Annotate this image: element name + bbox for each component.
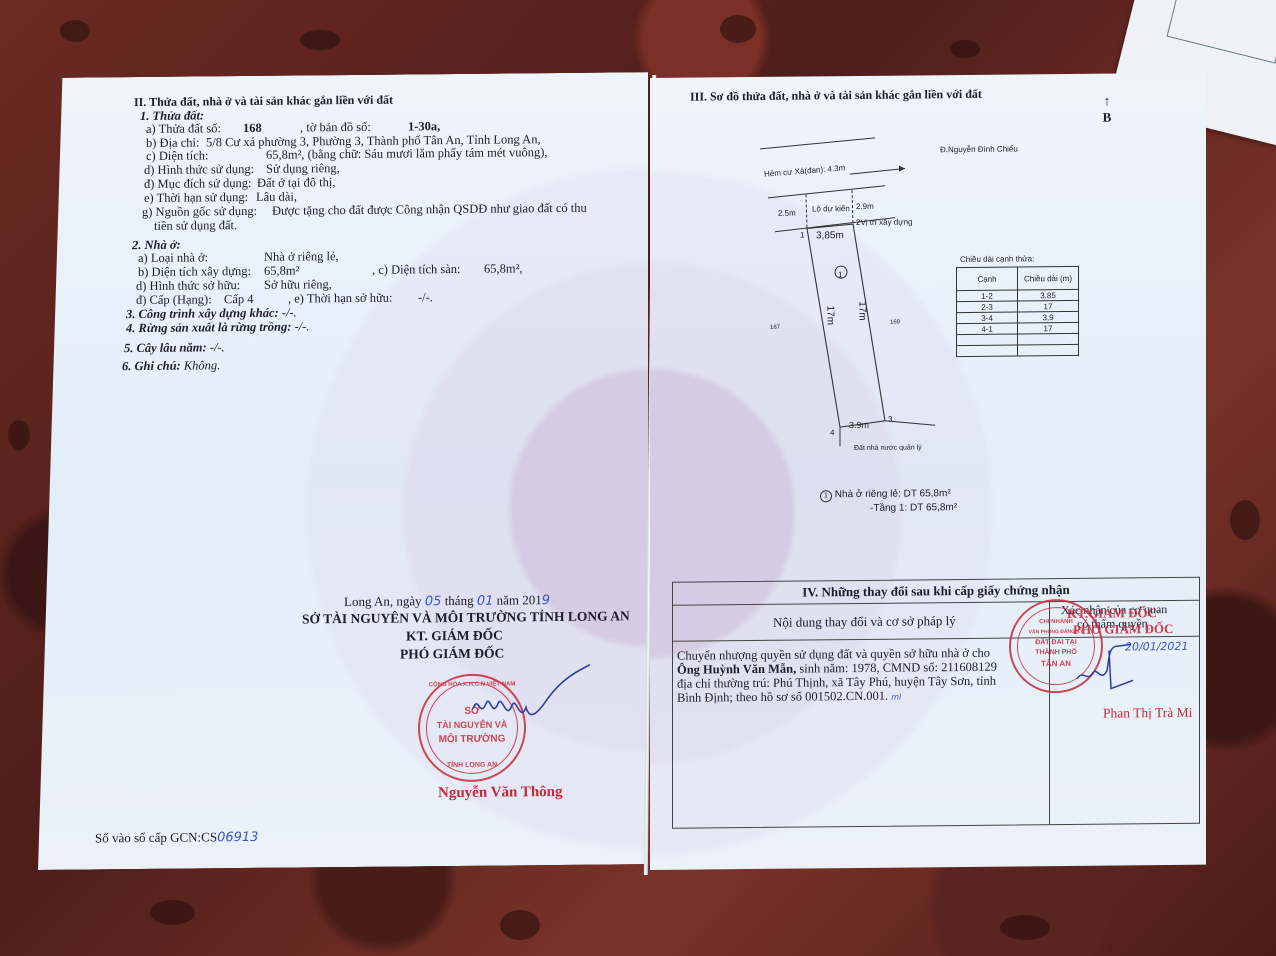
granite-speck (150, 900, 195, 925)
floor-area-value: 65,8m², (484, 261, 522, 275)
bottom-land-note: Đất nhà nước quản lý (854, 441, 922, 456)
house-type-value: Nhà ở riêng lẻ, (264, 249, 339, 264)
edge-name: 2-3 (957, 301, 1018, 313)
usage-purpose-label: đ) Mục đích sử dụng: (144, 176, 251, 191)
parcel-diagram: Đ.Nguyễn Đình Chiểu Hẻm cư Xá(đan): 4.3m… (650, 73, 1206, 598)
right-side-length: 17m (855, 301, 869, 321)
edge-length: 3,85 (1018, 289, 1079, 301)
origin-label: g) Nguồn gốc sử dụng: (142, 204, 257, 219)
granite-speck (500, 910, 540, 940)
signer-name-left: Nguyễn Văn Thông (438, 785, 563, 800)
legend-line-1: 1 Nhà ở riêng lẻ: DT 65,8m² (820, 487, 951, 502)
planned-lot-label: Lộ dự kiến (812, 202, 850, 216)
edge-length (1018, 333, 1079, 345)
usage-form-value: Sử dụng riêng, (266, 161, 340, 176)
year-digit-handwritten: 9 (542, 593, 550, 608)
area-label: c) Diện tích: (146, 148, 208, 163)
right-parcel-number: 169 (890, 316, 900, 330)
table-header-row: Cạnh Chiều dài (m) (957, 266, 1079, 290)
granite-speck (300, 30, 340, 50)
street-label: Đ.Nguyễn Đình Chiểu (940, 142, 1018, 157)
other-item: 5. Cây lâu năm: -/-. (124, 340, 225, 355)
left-side-length: 17m (823, 305, 837, 325)
signer-name-right: Phan Thị Trà Mi (1103, 706, 1192, 721)
change-entry-line4: Bình Định; theo hồ sơ số 001502.CN.001. … (677, 689, 901, 707)
origin-value-cont: tiền sử dụng đất. (154, 218, 237, 233)
section-title: II. Thửa đất, nhà ở và tài sản khác gắn … (134, 93, 393, 109)
build-area-value: 65,8m² (264, 263, 299, 277)
table-header: Chiều dài (m) (1018, 266, 1079, 290)
vertex-label-3: 3 (888, 413, 892, 427)
other-item-label: 4. Rừng sản xuất là rừng trồng: (126, 320, 291, 336)
initials-handwritten: ml (891, 693, 901, 702)
ownership-label: d) Hình thức sở hữu: (136, 278, 240, 293)
legend-text: Nhà ở riêng lẻ: DT 65,8m² (835, 488, 951, 500)
map-sheet-number: 1-30a, (408, 119, 440, 133)
signer-title-2: PHÓ GIÁM ĐỐC (400, 647, 504, 662)
place-date-prefix: Long An, ngày (344, 593, 422, 609)
table-row (957, 344, 1079, 356)
other-item-value: -/-. (295, 319, 310, 333)
granite-speck (1000, 915, 1050, 940)
legend-line-2: -Tầng 1: DT 65,8m² (870, 501, 957, 516)
col1-header: Nội dung thay đổi và cơ sở pháp lý (773, 614, 956, 630)
usage-purpose-value: Đất ở tại đô thị, (257, 175, 335, 190)
other-item-label: 6. Ghi chú: (122, 359, 181, 374)
edge-length: 17 (1018, 322, 1079, 334)
left-parcel-number: 167 (770, 321, 780, 335)
certificate-left-page: II. Thửa đất, nhà ở và tài sản khác gắn … (38, 72, 648, 870)
vertex-label-1: 1 (800, 229, 804, 243)
usage-term-value: Lâu dài, (256, 190, 297, 204)
signature-right (1073, 638, 1153, 699)
house-type-label: a) Loại nhà ở: (138, 250, 208, 265)
right-setback-label: 2.9m (856, 200, 874, 214)
top-width-label: 3,85m (816, 229, 844, 243)
place-date: Long An, ngày 05 tháng 01 năm 2019 (344, 593, 550, 610)
granite-speck (8, 420, 30, 450)
month-handwritten: 01 (477, 594, 494, 609)
change-entry-line3: địa chỉ thường trú: Phú Thịnh, xã Tây Ph… (677, 674, 996, 691)
vertex-label-4: 4 (830, 426, 834, 440)
usage-term-label: e) Thời hạn sử dụng: (144, 190, 248, 205)
other-item: 6. Ghi chú: Không. (122, 358, 220, 373)
edge-name: 1-2 (957, 290, 1018, 302)
other-item-label: 3. Công trình xây dựng khác: (126, 306, 279, 321)
registry-number: Số vào sổ cấp GCN:CS06913 (95, 830, 258, 847)
ownership-term-value: -/-. (418, 290, 433, 304)
grade-value: Cấp 4 (224, 292, 254, 306)
origin-value: Được tặng cho đất được Công nhận QSDĐ nh… (272, 201, 587, 218)
area-value: 65,8m², (bằng chữ: Sáu mươi lăm phẩy tám… (266, 145, 548, 162)
parcel-diagram-svg (650, 73, 1206, 528)
stamp-bottom-text: TỈNH LONG AN (420, 761, 524, 769)
other-item-label: 5. Cây lâu năm: (124, 340, 207, 355)
building-marker: 1 (838, 268, 842, 282)
signer-title-1: KT. GIÁM ĐỐC (406, 629, 503, 644)
registry-label: Số vào sổ cấp GCN:CS (95, 829, 217, 845)
build-position-text: Vị trí xây dựng (860, 217, 912, 226)
year-label: năm 201 (497, 592, 542, 607)
other-item-value: -/-. (282, 306, 297, 320)
edge-length: 3,9 (1018, 311, 1079, 323)
grade-label: đ) Cấp (Hạng): (136, 292, 212, 307)
dossier-number: Bình Định; theo hồ sơ số 001502.CN.001. (677, 689, 888, 705)
edges-table-title: Chiều dài cạnh thửa: (960, 252, 1034, 267)
build-area-label: b) Diện tích xây dựng: (138, 264, 251, 279)
granite-speck (950, 40, 980, 58)
transferee-name: Ông Huỳnh Văn Mẫn, (677, 662, 796, 677)
other-item: 4. Rừng sản xuất là rừng trồng: -/-. (126, 319, 309, 335)
edges-table: Cạnh Chiều dài (m) 1-23,85 2-317 3-43,9 … (956, 266, 1079, 357)
floor-area-label: , c) Diện tích sàn: (372, 262, 461, 277)
signature-left (468, 663, 598, 744)
certificate-right-page: III. Sơ đồ thửa đất, nhà ở và tài sản kh… (650, 73, 1206, 870)
edge-length: 17 (1018, 300, 1079, 312)
building-marker-icon: 1 (820, 490, 832, 502)
day-handwritten: 05 (425, 594, 442, 609)
granite-speck (60, 20, 90, 42)
stamp-line: VĂN PHÒNG ĐĂNG KÝ (1011, 629, 1101, 636)
edge-name: 4-1 (957, 323, 1018, 335)
usage-form-label: d) Hình thức sử dụng: (144, 162, 254, 177)
issuing-agency: SỞ TÀI NGUYÊN VÀ MÔI TRƯỜNG TỈNH LONG AN (302, 609, 630, 626)
granite-speck (720, 15, 756, 43)
edge-name (957, 334, 1018, 346)
table-header: Cạnh (957, 267, 1018, 291)
changes-table: IV. Những thay đổi sau khi cấp giấy chứn… (672, 577, 1200, 829)
parcel-number-label: a) Thửa đất số: (146, 121, 221, 136)
edge-name: 3-4 (957, 312, 1018, 324)
left-setback-label: 2.5m (778, 207, 796, 221)
month-label: tháng (445, 593, 474, 608)
edge-name (957, 345, 1018, 357)
ownership-term-label: , e) Thời hạn sở hữu: (288, 291, 392, 306)
registry-number-handwritten: 06913 (217, 830, 258, 845)
bottom-width-label: 3.9m (849, 418, 869, 432)
build-position-label: 2Vị trí xây dựng (856, 215, 913, 230)
stamp-line: CHI NHÁNH (1011, 619, 1101, 626)
granite-speck (1230, 500, 1260, 540)
map-sheet-label: , tờ bản đồ số: (300, 120, 371, 135)
ownership-value: Sở hữu riêng, (264, 277, 332, 292)
edge-length (1018, 344, 1079, 356)
other-item-value: Không. (184, 358, 220, 372)
parcel-number: 168 (243, 121, 262, 135)
other-item-value: -/-. (210, 340, 225, 354)
